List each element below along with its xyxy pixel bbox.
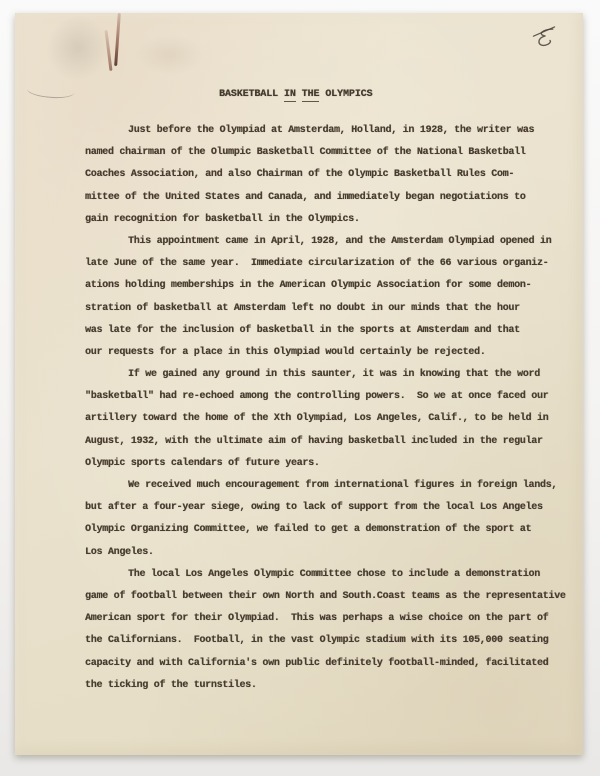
typed-line: American sport for their Olympiad. This … bbox=[85, 608, 581, 630]
typed-line: Just before the Olympiad at Amsterdam, H… bbox=[85, 120, 581, 142]
smudge-stain-faint bbox=[135, 35, 205, 75]
typed-line: was late for the inclusion of basketball… bbox=[85, 320, 581, 342]
typed-line: but after a four-year siege, owing to la… bbox=[85, 497, 581, 519]
typed-line: "basketball" had re-echoed among the con… bbox=[85, 386, 581, 408]
typed-line: mittee of the United States and Canada, … bbox=[85, 187, 581, 209]
typed-line: capacity and with California's own publi… bbox=[85, 653, 581, 675]
title-word: OLYMPICS bbox=[319, 89, 372, 100]
scan-background: BASKETBALL IN THE OLYMPICS Just before t… bbox=[0, 0, 600, 776]
typed-line: We received much encouragement from inte… bbox=[85, 475, 581, 497]
typed-line: Olympic Organizing Committee, we failed … bbox=[85, 519, 581, 541]
typed-line: gain recognition for basketball in the O… bbox=[85, 209, 581, 231]
title-word: BASKETBALL bbox=[219, 89, 284, 100]
title-underlined-word: IN bbox=[284, 89, 296, 102]
typed-line: Los Angeles. bbox=[85, 542, 581, 564]
title-underlined-word: THE bbox=[302, 89, 320, 102]
typed-line: named chairman of the Olumpic Basketball… bbox=[85, 142, 581, 164]
typed-line: the Californians. Football, in the vast … bbox=[85, 630, 581, 652]
typed-line: If we gained any ground in this saunter,… bbox=[85, 364, 581, 386]
typed-line: Olympic sports calendars of future years… bbox=[85, 453, 581, 475]
typed-line: Coaches Association, and also Chairman o… bbox=[85, 164, 581, 186]
title-word bbox=[296, 89, 302, 100]
typed-line: ations holding memberships in the Americ… bbox=[85, 275, 581, 297]
page-title: BASKETBALL IN THE OLYMPICS bbox=[219, 84, 372, 106]
typed-line: The local Los Angeles Olympic Committee … bbox=[85, 564, 581, 586]
typed-line: artillery toward the home of the Xth Oly… bbox=[85, 408, 581, 430]
typed-line: stration of basketball at Amsterdam left… bbox=[85, 298, 581, 320]
document-body: Just before the Olympiad at Amsterdam, H… bbox=[85, 120, 581, 697]
typed-line: game of football between their own North… bbox=[85, 586, 581, 608]
document-page: BASKETBALL IN THE OLYMPICS Just before t… bbox=[15, 13, 583, 755]
typed-line: our requests for a place in this Olympia… bbox=[85, 342, 581, 364]
typed-line: late June of the same year. Immediate ci… bbox=[85, 253, 581, 275]
typed-line: August, 1932, with the ultimate aim of h… bbox=[85, 431, 581, 453]
typed-line: the ticking of the turnstiles. bbox=[85, 675, 581, 697]
typed-line: This appointment came in April, 1928, an… bbox=[85, 231, 581, 253]
pencil-arc-mark bbox=[26, 80, 75, 101]
rust-stain-streak bbox=[114, 13, 121, 66]
handwritten-letter-mark bbox=[528, 21, 562, 61]
